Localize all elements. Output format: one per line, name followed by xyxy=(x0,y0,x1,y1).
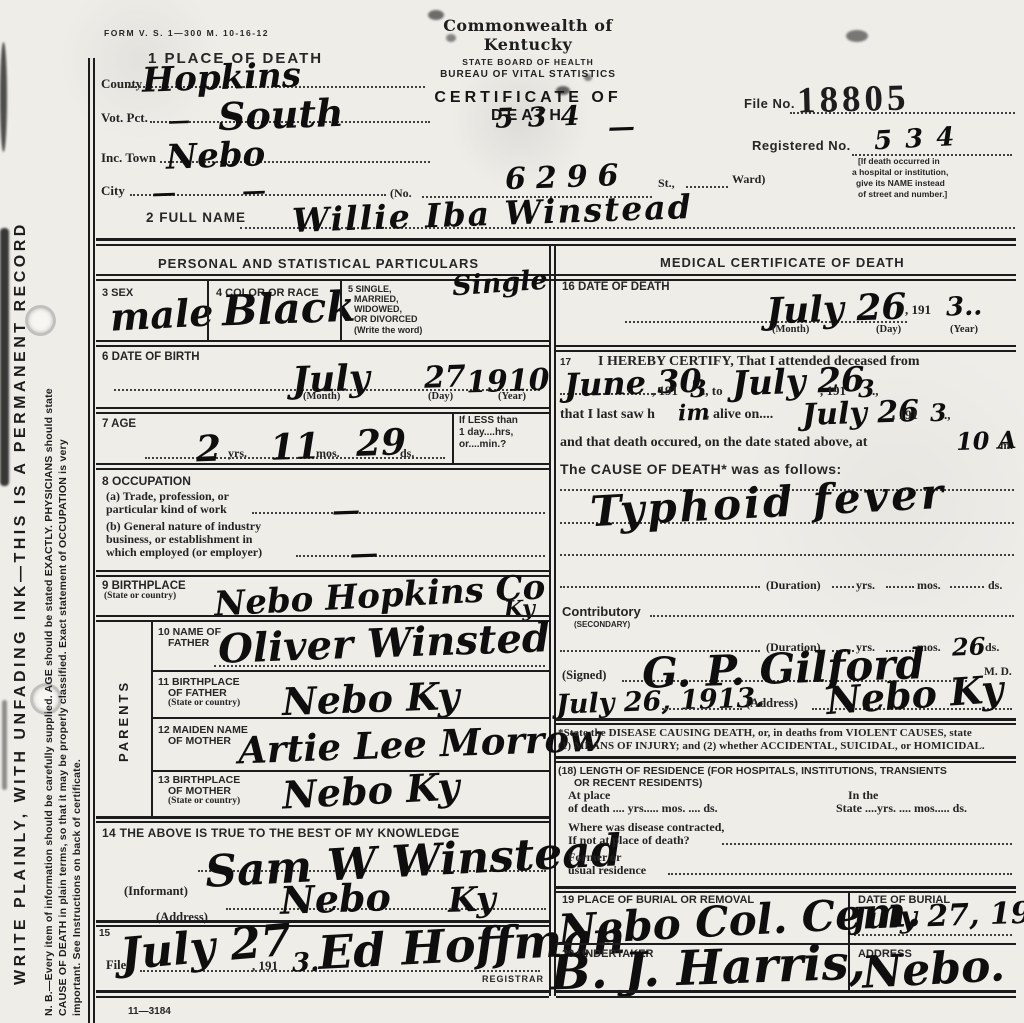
death-certificate-scan: WRITE PLAINLY, WITH UNFADING INK—THIS IS… xyxy=(0,0,1024,1023)
inc-town-label: Inc. Town xyxy=(101,150,156,166)
rule xyxy=(556,996,1016,998)
full-name-label: 2 FULL NAME xyxy=(146,210,246,225)
rule xyxy=(96,279,1016,281)
rule xyxy=(340,279,342,341)
dotted-line xyxy=(886,586,914,588)
medical-section-title: MEDICAL CERTIFICATE OF DEATH xyxy=(660,255,905,270)
vot-pct-value: South xyxy=(217,90,344,139)
yrs-label: yrs. xyxy=(228,446,247,461)
hospital-note-line1: [If death occurred in xyxy=(858,156,940,166)
dotted-line xyxy=(296,555,545,557)
rule xyxy=(96,996,549,998)
rule xyxy=(452,412,454,463)
rule xyxy=(96,412,549,414)
rule xyxy=(207,279,209,341)
attended-from-year-printed: , 191 xyxy=(652,383,678,399)
contrib-days-value: 26 xyxy=(952,631,986,661)
father-birthplace-sublabel: (State or country) xyxy=(168,698,240,708)
commonwealth-heading: Commonwealth of Kentucky STATE BOARD OF … xyxy=(404,16,652,125)
city-label: City xyxy=(101,183,125,199)
form-number: FORM V. S. 1—300 M. 10-16-12 xyxy=(104,28,269,38)
footnote-line2: (1) MEANS OF INJURY; and (2) whether ACC… xyxy=(558,740,985,752)
rule xyxy=(556,886,1016,889)
date-of-birth-label: 6 DATE OF BIRTH xyxy=(102,351,200,363)
less-than-day-line3: or....min.? xyxy=(459,439,506,450)
filed-year-digit: 3. xyxy=(291,948,319,979)
marital-label-line1: 5 SINGLE, xyxy=(348,284,392,294)
registrar-label: REGISTRAR xyxy=(482,974,544,984)
bureau-subtitle: BUREAU OF VITAL STATISTICS xyxy=(404,69,652,80)
burial-date-value: July 27, 1913 xyxy=(851,894,1024,937)
secondary-label: (SECONDARY) xyxy=(574,620,630,629)
cause-of-death-intro: The CAUSE OF DEATH* was as follows: xyxy=(560,461,842,477)
duration-ds-label: ds. xyxy=(988,578,1002,593)
marital-label-line4: OR DIVORCED xyxy=(354,314,418,324)
informant-label: (Informant) xyxy=(124,884,188,899)
dotted-line xyxy=(668,873,1012,875)
duration-yrs-label: yrs. xyxy=(856,578,875,593)
contrib-ds-label: ds. xyxy=(985,640,999,655)
rule xyxy=(556,756,1016,759)
last-saw-year-printed: , 191 xyxy=(892,407,918,423)
father-name-value: Oliver Winsted xyxy=(217,614,550,673)
mos-label: mos. xyxy=(316,446,340,461)
attended-from-value: June 30 xyxy=(563,362,702,405)
dotted-line xyxy=(560,586,760,588)
occupation-a-line2: particular kind of work xyxy=(106,502,227,517)
occupation-label: 8 OCCUPATION xyxy=(102,474,191,488)
dotted-line xyxy=(252,512,545,514)
scan-artifact xyxy=(2,700,7,790)
hospital-note-line2: a hospital or institution, xyxy=(852,167,948,177)
death-occurred-printed: and that death occured, on the date stat… xyxy=(560,435,867,451)
rule xyxy=(96,407,549,409)
certificate-title: CERTIFICATE OF DEATH xyxy=(404,89,652,125)
registered-no-value: 534 xyxy=(873,122,968,157)
hospital-note-line3: give its NAME instead xyxy=(856,178,945,188)
ds-label: ds. xyxy=(400,446,414,461)
commonwealth-title: Commonwealth of Kentucky xyxy=(404,16,652,54)
former-residence-line2: usual residence xyxy=(568,863,646,878)
to-label: ., to xyxy=(702,383,723,399)
hospital-note-line4: of street and number.] xyxy=(858,189,947,199)
county-label: County xyxy=(101,76,142,92)
at-place-line2: of death .... yrs..... mos. .... ds. xyxy=(568,801,718,816)
rule xyxy=(96,821,549,823)
mother-name-value: Artie Lee Morrow xyxy=(237,716,601,773)
state-board-subtitle: STATE BOARD OF HEALTH xyxy=(404,57,652,67)
vot-pct-dash: — xyxy=(168,108,191,135)
dotted-line xyxy=(686,186,728,188)
dotted-line xyxy=(722,843,1012,845)
rule xyxy=(556,761,1016,763)
marital-label-line3: WIDOWED, xyxy=(354,304,402,314)
less-than-day-line2: 1 day....hrs, xyxy=(459,427,513,438)
signed-address-label: (Address) xyxy=(746,696,798,711)
dotted-line xyxy=(650,615,1014,617)
duration-label: (Duration) xyxy=(766,578,821,593)
contracted-line2: If not at place of death? xyxy=(568,833,690,848)
scan-artifact xyxy=(0,42,7,152)
death-year-digit: 3.. xyxy=(945,291,982,322)
rule xyxy=(556,990,1016,993)
death-year-caption: (Year) xyxy=(950,324,978,335)
file-no-label: File No. xyxy=(744,96,795,111)
occupation-a-value: — xyxy=(331,494,360,528)
alive-on-printed: . alive on.... xyxy=(706,407,773,423)
city-dash-1: — xyxy=(152,178,177,208)
informant-address-value: Nebo xyxy=(279,874,391,923)
parents-label: PARENTS xyxy=(116,680,131,762)
margin-nb-line3: important. See Instructions on back of c… xyxy=(70,388,84,1016)
residence-title-line1: (18) LENGTH OF RESIDENCE (FOR HOSPITALS,… xyxy=(558,765,947,777)
rule xyxy=(96,274,1016,276)
rule xyxy=(93,58,95,1023)
rule xyxy=(96,816,549,819)
dotted-line xyxy=(950,586,984,588)
rule xyxy=(96,345,549,347)
occupation-b-value: — xyxy=(349,537,378,571)
death-day-caption: (Day) xyxy=(876,324,901,335)
death-month-caption: (Month) xyxy=(772,324,809,335)
cause-of-death-value: Typhoid fever xyxy=(589,469,947,537)
contributory-label: Contributory xyxy=(562,604,641,619)
mother-birthplace-sublabel: (State or country) xyxy=(168,796,240,806)
personal-section-title: PERSONAL AND STATISTICAL PARTICULARS xyxy=(158,256,479,271)
day-caption: (Day) xyxy=(428,391,453,402)
rule xyxy=(88,58,90,1023)
rule xyxy=(96,463,549,465)
rule xyxy=(96,238,1016,241)
vot-pct-label: Vot. Pct. xyxy=(101,110,148,126)
rule xyxy=(556,723,1016,725)
dotted-line xyxy=(214,665,545,667)
month-caption: (Month) xyxy=(303,391,340,402)
in-state-line2: State ....yrs. .... mos..... ds. xyxy=(836,801,967,816)
rule xyxy=(151,620,153,818)
death-year-printed: , 191 xyxy=(905,302,931,318)
m-label: m. xyxy=(1000,438,1013,453)
ward-label: Ward) xyxy=(732,172,765,187)
rule xyxy=(556,718,1016,721)
city-dash-2: — xyxy=(242,176,267,206)
mother-birthplace-value: Nebo Ky xyxy=(281,763,461,817)
rule xyxy=(96,990,549,993)
duration-mos-label: mos. xyxy=(917,578,941,593)
color-race-value: Black xyxy=(221,282,356,336)
rule xyxy=(556,345,1016,347)
margin-nb-line2: CAUSE OF DEATH in plain terms, so that i… xyxy=(56,388,70,1016)
dotted-line xyxy=(832,586,854,588)
informant-address-state: Ky xyxy=(447,879,496,921)
hole-punch xyxy=(28,308,53,333)
marital-label-line5: (Write the word) xyxy=(354,325,422,335)
certify-line3-end: ., xyxy=(944,407,951,423)
dotted-line xyxy=(662,708,742,710)
rule xyxy=(96,244,1016,246)
marital-label-line2: MARRIED, xyxy=(354,294,399,304)
father-name-label-line2: FATHER xyxy=(168,637,209,649)
less-than-day-line1: If LESS than xyxy=(459,415,518,426)
marital-value: Single xyxy=(451,265,549,303)
rule xyxy=(556,350,1016,352)
file-no-value: 18805 xyxy=(796,77,910,123)
rule xyxy=(96,468,549,470)
mother-name-label-line2: OF MOTHER xyxy=(168,735,231,747)
age-label: 7 AGE xyxy=(102,418,136,430)
scan-artifact xyxy=(846,30,868,42)
inc-town-value: Nebo xyxy=(165,134,266,177)
filed-item-number: 15 xyxy=(99,928,110,939)
signed-date-value: July 26, 1913. xyxy=(556,682,766,720)
date-of-death-label: 16 DATE OF DEATH xyxy=(562,281,670,293)
margin-nb-note: N. B.—Every item of information should b… xyxy=(42,388,84,1016)
scan-artifact xyxy=(0,228,9,486)
rule xyxy=(554,244,556,996)
occupation-b-line3: which employed (or employer) xyxy=(106,545,262,560)
margin-nb-line1: N. B.—Every item of information should b… xyxy=(42,388,56,1016)
signed-label: (Signed) xyxy=(562,668,606,683)
sex-value: male xyxy=(109,289,215,339)
dotted-line xyxy=(560,554,1014,556)
footnote-line1: *State the DISEASE CAUSING DEATH, or, in… xyxy=(558,727,972,739)
year-caption: (Year) xyxy=(498,391,526,402)
margin-permanent-record-note: WRITE PLAINLY, WITH UNFADING INK—THIS IS… xyxy=(12,221,30,985)
birthplace-sublabel: (State or country) xyxy=(104,591,176,601)
rule xyxy=(96,340,549,342)
last-saw-printed: that I last saw h xyxy=(560,407,655,423)
rule xyxy=(151,670,549,672)
registered-no-label: Registered No. xyxy=(752,138,851,153)
form-code: 11—3184 xyxy=(128,1006,171,1017)
